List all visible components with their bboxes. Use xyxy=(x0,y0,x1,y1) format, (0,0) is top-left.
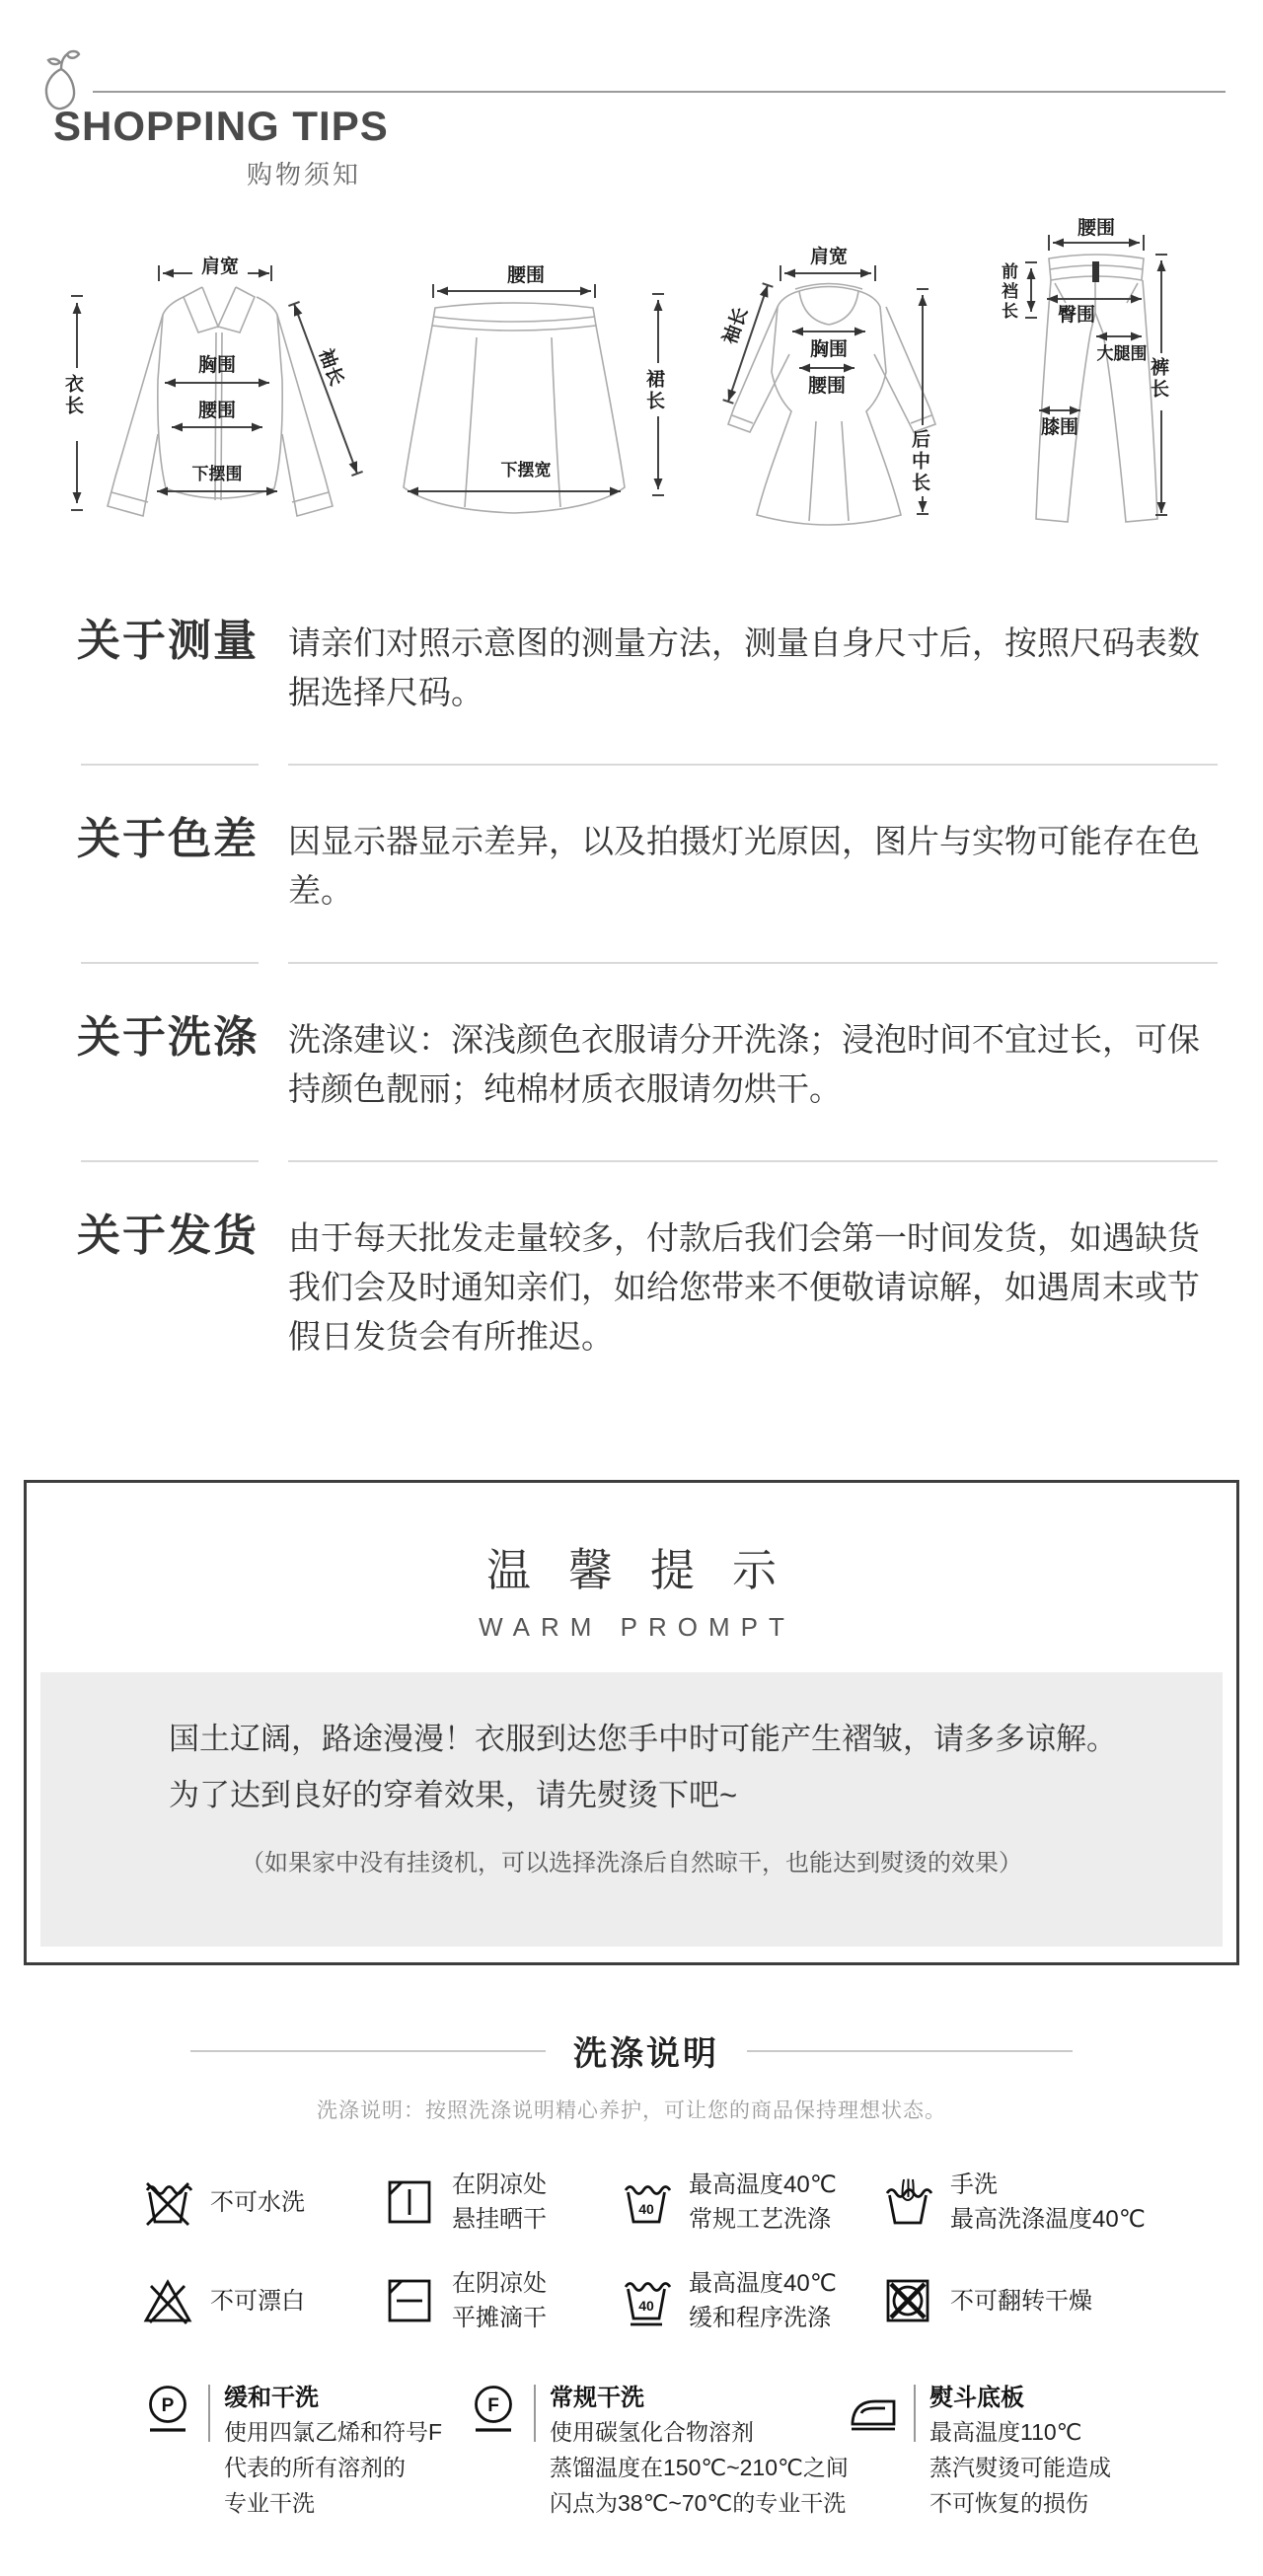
header-rule xyxy=(93,91,1226,93)
shopping-tips-page: SHOPPING TIPS 购物须知 xyxy=(0,0,1263,2576)
shirt-length-label: 衣长 xyxy=(63,374,82,417)
care-item-no-tumble-dry: 不可翻转干燥 xyxy=(883,2266,1169,2335)
skirt-hem-width-label: 下摆宽 xyxy=(486,462,565,478)
skirt-line-art xyxy=(390,266,686,543)
section-divider xyxy=(81,1160,1218,1162)
dress-bust-label: 胸围 xyxy=(805,340,853,359)
vertical-divider xyxy=(914,2385,916,2442)
pants-waist-label: 腰围 xyxy=(1073,219,1120,238)
hand-wash-icon xyxy=(883,2177,932,2227)
temp-40-label: 40 xyxy=(638,2298,654,2314)
pants-hip-label: 臀围 xyxy=(1053,306,1100,325)
skirt-diagram: 腰围 下摆宽 裙长 xyxy=(390,266,686,543)
iron-icon xyxy=(849,2383,898,2434)
care-item-label: 在阴凉处悬挂晒干 xyxy=(452,2168,547,2237)
wash-40-icon: 40 xyxy=(622,2177,671,2227)
shirt-diagram: 肩宽 衣长 胸围 腰围 下摆围 袖长 xyxy=(54,252,370,538)
care-item-label: 手洗最高洗涤温度40℃ xyxy=(950,2168,1146,2237)
care-item-hang-dry: 在阴凉处悬挂晒干 xyxy=(385,2168,622,2237)
section-measure-body: 请亲们对照示意图的测量方法，测量自身尺寸后，按照尺码表数据选择尺码。 xyxy=(288,617,1224,717)
rule-right xyxy=(747,2050,1073,2052)
skirt-waist-label: 腰围 xyxy=(502,266,550,285)
section-color: 关于色差 因显示器显示差异，以及拍摄灯光原因，图片与实物可能存在色差。 xyxy=(0,766,1263,916)
section-shipping: 关于发货 由于每天批发走量较多，付款后我们会第一时间发货，如遇缺货我们会及时通知… xyxy=(0,1162,1263,1362)
skirt-length-label: 裙长 xyxy=(644,369,663,412)
shirt-shoulder-label: 肩宽 xyxy=(196,258,244,276)
care-item-dry-clean-p: P 缓和干洗 使用四氯乙烯和符号F 代表的所有溶剂的 专业干洗 xyxy=(143,2383,469,2521)
dress-diagram: 肩宽 袖长 胸围 腰围 后中长 xyxy=(681,232,987,528)
pants-length-label: 裤长 xyxy=(1149,357,1167,401)
care-item-label: 熨斗底板 最高温度110℃ 蒸汽熨烫可能造成 不可恢复的损伤 xyxy=(929,2383,1111,2521)
letter-p-label: P xyxy=(162,2395,175,2416)
page-title: SHOPPING TIPS xyxy=(53,103,389,150)
dress-shoulder-label: 肩宽 xyxy=(805,248,853,266)
hang-dry-shade-icon xyxy=(385,2177,434,2227)
shirt-waist-label: 腰围 xyxy=(193,402,241,420)
header: SHOPPING TIPS 购物须知 xyxy=(0,0,1263,192)
warm-prompt-note: （如果家中没有挂烫机，可以选择洗涤后自然晾干，也能达到熨烫的效果） xyxy=(169,1843,1163,1877)
washing-guide-title: 洗涤说明 xyxy=(573,2026,719,2075)
wash-40-gentle-icon: 40 xyxy=(622,2274,671,2327)
section-divider xyxy=(81,764,1218,766)
care-row-1: 不可水洗 在阴凉处悬挂晒干 xyxy=(143,2168,1263,2237)
care-item-iron: 熨斗底板 最高温度110℃ 蒸汽熨烫可能造成 不可恢复的损伤 xyxy=(849,2383,1184,2521)
section-washing-title: 关于洗涤 xyxy=(77,1013,288,1114)
shirt-hem-label: 下摆围 xyxy=(184,466,251,482)
warm-prompt-title: 温馨提示 xyxy=(27,1534,1236,1598)
washing-guide-header: 洗涤说明 xyxy=(0,2026,1263,2075)
care-symbol-grid: 不可水洗 在阴凉处悬挂晒干 xyxy=(143,2168,1263,2521)
letter-f-label: F xyxy=(487,2395,499,2416)
care-item-label: 不可漂白 xyxy=(210,2284,305,2318)
section-color-title: 关于色差 xyxy=(77,815,288,916)
care-item-no-wash: 不可水洗 xyxy=(143,2168,385,2237)
dress-waist-label: 腰围 xyxy=(803,377,851,396)
rule-left xyxy=(190,2050,546,2052)
warm-prompt-box: 温馨提示 WARM PROMPT 国土辽阔，路途漫漫！衣服到达您手中时可能产生褶… xyxy=(24,1480,1239,1965)
no-tumble-dry-icon xyxy=(883,2276,932,2325)
section-shipping-title: 关于发货 xyxy=(77,1212,288,1362)
pants-knee-label: 膝围 xyxy=(1036,418,1083,437)
shirt-bust-label: 胸围 xyxy=(193,356,241,375)
measurement-diagrams: 肩宽 衣长 胸围 腰围 下摆围 袖长 xyxy=(0,192,1263,587)
no-wash-icon xyxy=(143,2177,192,2227)
pants-line-art xyxy=(942,207,1248,533)
pants-diagram: 腰围 前裆长 臀围 大腿围 膝围 裤长 xyxy=(942,207,1248,533)
care-item-label: 常规干洗 使用碳氢化合物溶剂 蒸馏温度在150℃~210℃之间 闪点为38℃~7… xyxy=(550,2383,849,2521)
warm-prompt-body: 国土辽阔，路途漫漫！衣服到达您手中时可能产生褶皱，请多多谅解。 为了达到良好的穿… xyxy=(40,1672,1223,1947)
section-measure-title: 关于测量 xyxy=(77,617,288,717)
care-item-dry-clean-f: F 常规干洗 使用碳氢化合物溶剂 蒸馏温度在150℃~210℃之间 闪点为38℃… xyxy=(469,2383,849,2521)
no-bleach-icon xyxy=(143,2276,192,2325)
care-item-label: 缓和干洗 使用四氯乙烯和符号F 代表的所有溶剂的 专业干洗 xyxy=(224,2383,442,2521)
care-item-label: 不可水洗 xyxy=(210,2185,305,2220)
care-row-2: 不可漂白 在阴凉处平摊滴干 xyxy=(143,2266,1263,2335)
care-row-3: P 缓和干洗 使用四氯乙烯和符号F 代表的所有溶剂的 专业干洗 F xyxy=(143,2383,1263,2521)
section-divider xyxy=(81,962,1218,964)
section-shipping-body: 由于每天批发走量较多，付款后我们会第一时间发货，如遇缺货我们会及时通知亲们，如给… xyxy=(288,1212,1224,1362)
care-item-hand-wash: 手洗最高洗涤温度40℃ xyxy=(883,2168,1169,2237)
warm-prompt-line2: 为了达到良好的穿着效果，请先熨烫下吧~ xyxy=(169,1780,1163,1812)
care-item-label: 在阴凉处平摊滴干 xyxy=(452,2266,547,2335)
pants-fly-mark xyxy=(1092,261,1099,282)
care-item-flat-dry: 在阴凉处平摊滴干 xyxy=(385,2266,622,2335)
care-item-label: 最高温度40℃常规工艺洗涤 xyxy=(689,2168,837,2237)
care-item-wash-40: 40 最高温度40℃常规工艺洗涤 xyxy=(622,2168,883,2237)
section-washing-body: 洗涤建议：深浅颜色衣服请分开洗涤；浸泡时间不宜过长，可保持颜色靓丽；纯棉材质衣服… xyxy=(288,1013,1224,1114)
shirt-line-art xyxy=(54,252,370,538)
vertical-divider xyxy=(534,2385,536,2442)
dry-clean-f-icon: F xyxy=(469,2383,518,2434)
dry-clean-p-icon: P xyxy=(143,2383,192,2434)
page-subtitle: 购物须知 xyxy=(247,155,361,191)
care-item-wash-40-gentle: 40 最高温度40℃缓和程序洗涤 xyxy=(622,2266,883,2335)
care-item-label: 最高温度40℃缓和程序洗涤 xyxy=(689,2266,837,2335)
warm-prompt-line1: 国土辽阔，路途漫漫！衣服到达您手中时可能产生褶皱，请多多谅解。 xyxy=(169,1724,1163,1756)
temp-40-label: 40 xyxy=(638,2201,654,2217)
vertical-divider xyxy=(208,2385,210,2442)
care-item-no-bleach: 不可漂白 xyxy=(143,2266,385,2335)
pants-front-rise-label: 前裆长 xyxy=(1000,262,1016,322)
warm-prompt-subtitle: WARM PROMPT xyxy=(27,1612,1236,1643)
care-item-label: 不可翻转干燥 xyxy=(950,2284,1092,2318)
washing-guide-subtitle: 洗涤说明：按照洗涤说明精心养护，可让您的商品保持理想状态。 xyxy=(0,2095,1263,2124)
section-washing: 关于洗涤 洗涤建议：深浅颜色衣服请分开洗涤；浸泡时间不宜过长，可保持颜色靓丽；纯… xyxy=(0,964,1263,1114)
dress-back-length-label: 后中长 xyxy=(910,429,929,494)
section-color-body: 因显示器显示差异，以及拍摄灯光原因，图片与实物可能存在色差。 xyxy=(288,815,1224,916)
flat-dry-shade-icon xyxy=(385,2276,434,2325)
section-measure: 关于测量 请亲们对照示意图的测量方法，测量自身尺寸后，按照尺码表数据选择尺码。 xyxy=(0,587,1263,717)
